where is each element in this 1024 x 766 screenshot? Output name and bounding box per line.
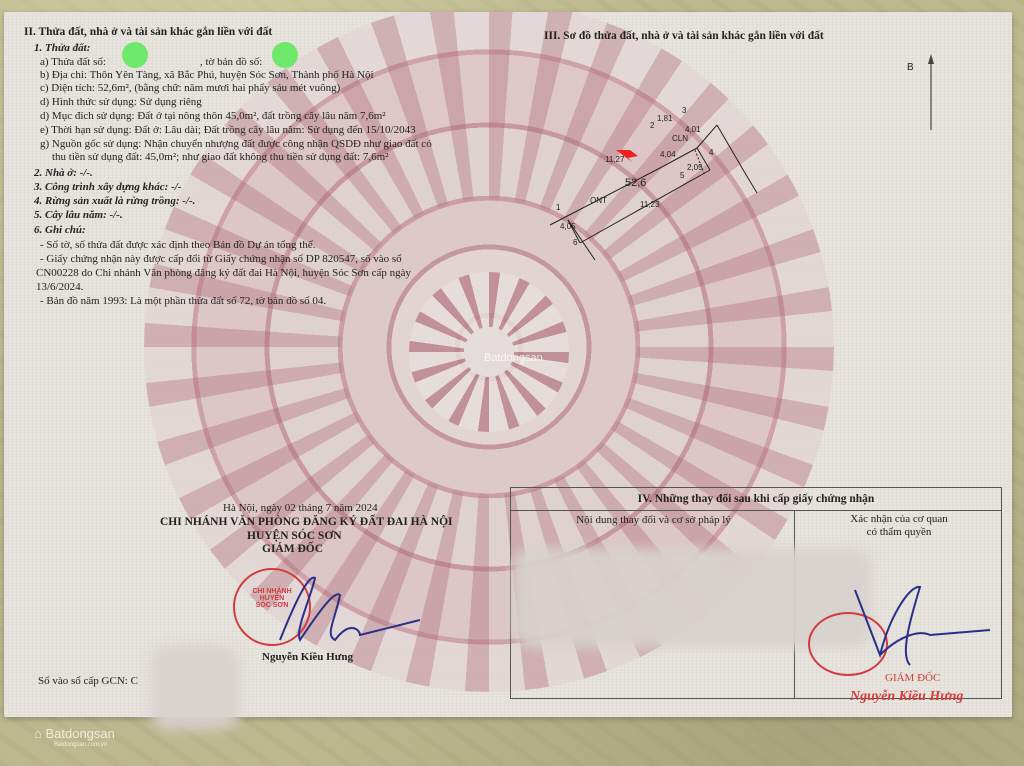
signature-ink xyxy=(840,575,1010,685)
watermark-logo: ⌂ Batdongsan xyxy=(34,726,115,741)
stamp-name: Nguyễn Kiều Hưng xyxy=(850,690,963,703)
land-heading: 1. Thửa đất: xyxy=(34,42,90,55)
point-label: 6 xyxy=(573,238,577,247)
redacted-area xyxy=(150,645,240,730)
note-line: CN00228 do Chi nhánh Văn phòng đăng ký đ… xyxy=(36,267,411,280)
point-label: 1 xyxy=(556,203,560,212)
usage-form-line: d) Hình thức sử dụng: Sử dụng riêng xyxy=(40,96,202,109)
point-label: 5 xyxy=(680,171,684,180)
map-sheet-label: , tờ bản đồ số: xyxy=(200,56,262,69)
forest-line: 4. Rừng sản xuất là rừng trồng: -/-. xyxy=(34,195,195,208)
notes-heading: 6. Ghi chú: xyxy=(34,224,86,237)
edge-length: 4,04 xyxy=(660,150,676,159)
edge-length: 2,05 xyxy=(687,163,703,172)
usage-purpose-line: d) Mục đích sử dụng: Đất ở tại nông thôn… xyxy=(40,110,386,123)
signer-title: GIÁM ĐỐC xyxy=(262,543,323,556)
house-logo-icon: ⌂ xyxy=(34,726,45,741)
area-line: c) Diện tích: 52,6m², (bằng chữ: năm mươ… xyxy=(40,82,340,95)
section-3-title: III. Sơ đồ thửa đất, nhà ở và tài sản kh… xyxy=(544,30,824,42)
column-header-content: Nội dung thay đổi và cơ sở pháp lý xyxy=(511,511,796,529)
signature-ink xyxy=(240,570,420,650)
note-line: - Số tờ, số thửa đất được xác định theo … xyxy=(40,239,315,252)
house-line: 2. Nhà ở: -/-. xyxy=(34,167,93,180)
note-line: - Giấy chứng nhận này được cấp đổi từ Gi… xyxy=(40,253,402,266)
redaction-dot xyxy=(122,42,148,68)
register-number-label: Số vào sổ cấp GCN: C xyxy=(38,675,138,688)
section-2-title: II. Thửa đất, nhà ở và tài sản khác gắn … xyxy=(24,26,272,38)
edge-length: 11,27 xyxy=(605,155,624,164)
watermark-center: Batdongsan xyxy=(484,352,543,364)
watermark-sub: Batdongsan.com.vn xyxy=(54,742,107,748)
point-label: 3 xyxy=(682,106,686,115)
plot-diagram xyxy=(520,50,1020,270)
edge-length: 4,05 xyxy=(560,222,576,231)
edge-length: 1,81 xyxy=(657,114,673,123)
note-line: 13/6/2024. xyxy=(36,281,83,294)
issuing-district: HUYỆN SÓC SƠN xyxy=(247,530,342,543)
point-label: 4 xyxy=(709,148,713,157)
address-line: b) Địa chỉ: Thôn Yên Tàng, xã Bắc Phú, h… xyxy=(40,69,374,82)
north-arrow-label: B xyxy=(907,62,914,73)
redaction-dot xyxy=(272,42,298,68)
zone-label-ont: ONT xyxy=(590,196,607,205)
parcel-number-label: a) Thửa đất số: xyxy=(40,56,106,69)
edge-length: 4,01 xyxy=(685,125,701,134)
origin-line-2: thu tiền sử dụng đất: 45,0m²; như giao đ… xyxy=(52,151,388,164)
perennial-line: 5. Cây lâu năm: -/-. xyxy=(34,209,123,222)
other-construction-line: 3. Công trình xây dựng khác: -/- xyxy=(34,181,181,194)
note-line: - Bản đồ năm 1993: Là một phần thửa đất … xyxy=(40,295,326,308)
point-label: 2 xyxy=(650,121,654,130)
origin-line-1: g) Nguồn gốc sử dụng: Nhận chuyển nhượng… xyxy=(40,138,432,151)
usage-term-line: e) Thời hạn sử dụng: Đất ở: Lâu dài; Đất… xyxy=(40,124,416,137)
issue-date: Hà Nội, ngày 02 tháng 7 năm 2024 xyxy=(223,502,378,515)
issuing-office: CHI NHÁNH VĂN PHÒNG ĐĂNG KÝ ĐẤT ĐAI HÀ N… xyxy=(160,516,453,529)
signer-name: Nguyễn Kiều Hưng xyxy=(262,651,353,664)
stamp-title: GIÁM ĐỐC xyxy=(885,672,940,685)
zone-label-cln: CLN xyxy=(672,134,688,143)
changes-table-title: IV. Những thay đổi sau khi cấp giấy chứn… xyxy=(511,488,1001,511)
plot-area-label: 52,6 xyxy=(625,177,646,189)
column-header-confirmation: Xác nhận của cơ quan có thẩm quyền xyxy=(797,513,1001,539)
edge-length: 11,23 xyxy=(640,200,659,209)
